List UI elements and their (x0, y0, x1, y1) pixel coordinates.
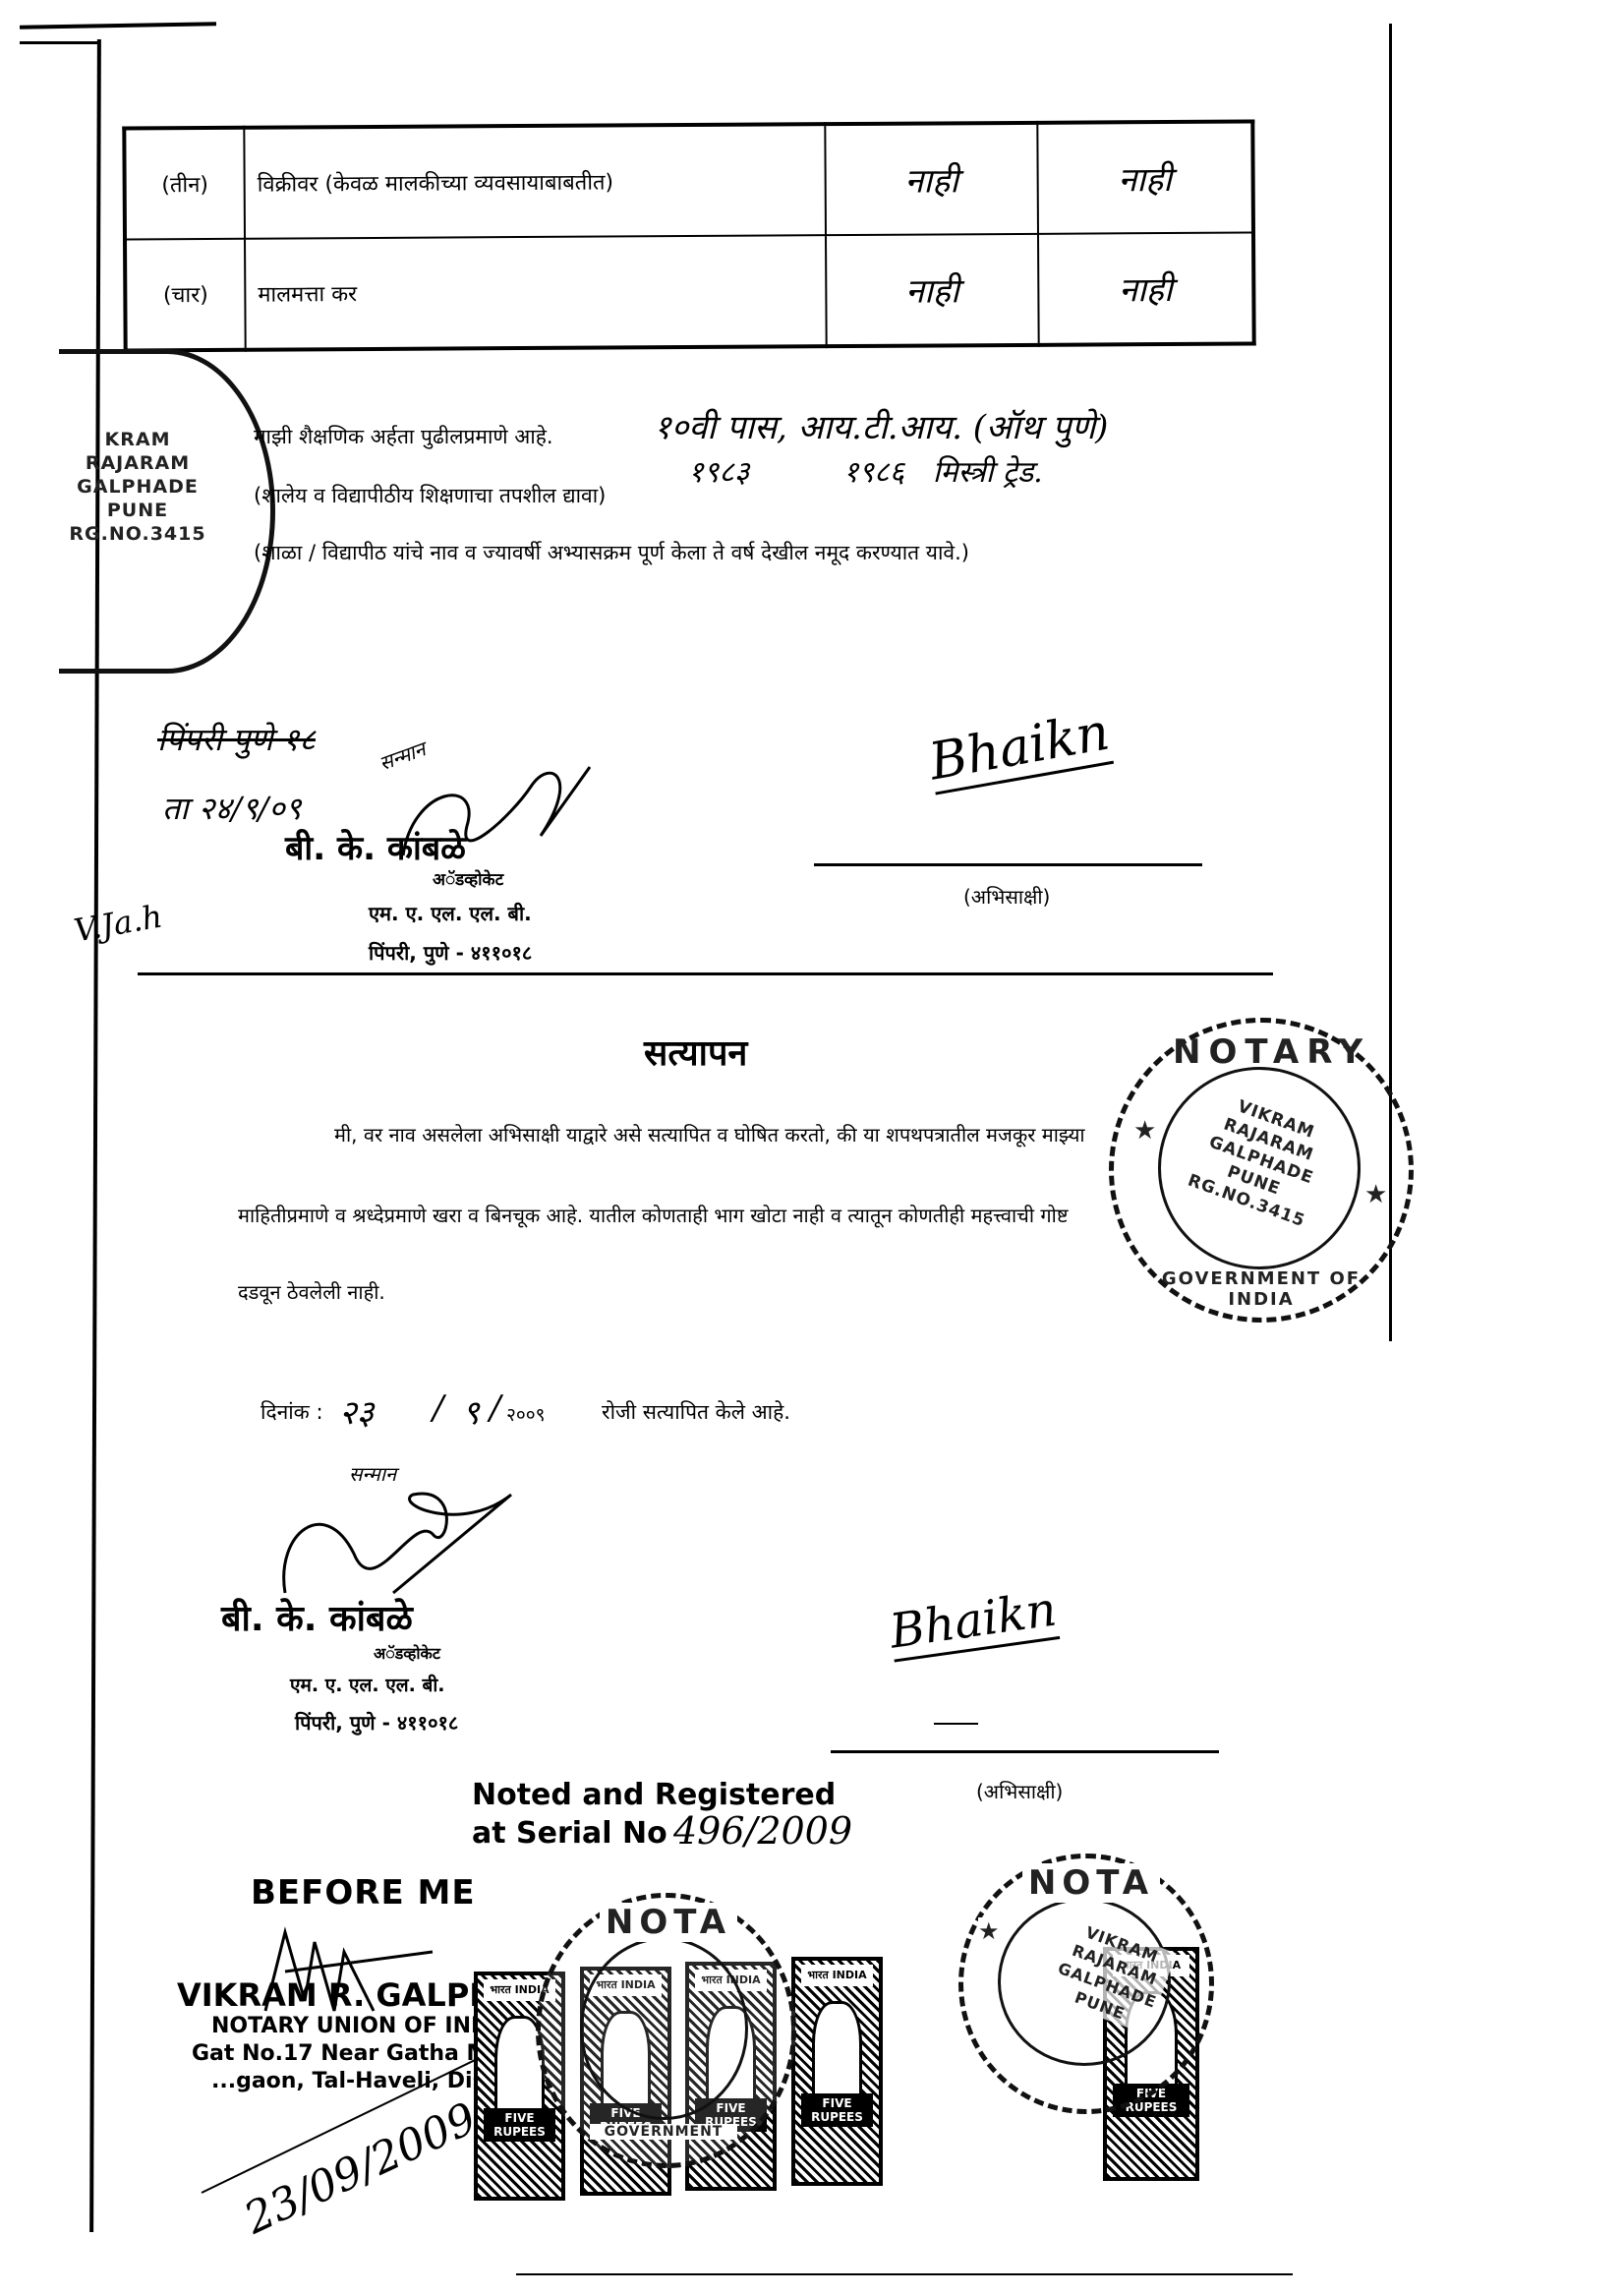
table-row: (चार) मालमत्ता कर नाही नाही (125, 232, 1254, 350)
deponent-signature: Bhaikn (887, 1581, 1061, 1662)
deponent-label: (अभिसाक्षी) (976, 1778, 1063, 1804)
tax-details-table: (तीन) विक्रीवर (केवळ मालकीच्या व्यवसायाब… (122, 119, 1255, 352)
deponent-signature-line (814, 863, 1202, 866)
education-statement: माझी शैक्षणिक अर्हता पुढीलप्रमाणे आहे. (254, 423, 553, 450)
advocate-degree: एम. ए. एल. एल. बी. (369, 900, 532, 926)
row-value-2: नाही (1038, 232, 1254, 344)
row-description: विक्रीवर (केवळ मालकीच्या व्यवसायाबाबतीत) (244, 124, 826, 239)
date-note: ता २४/९/०९ (162, 787, 301, 829)
seal-ring-top: NOTARY (1173, 1032, 1350, 1072)
seal-text: KRAM RAJARAM GALPHADE PUNE RG.NO.3415 (69, 428, 206, 546)
advocate-degree: एम. ए. एल. एल. बी. (290, 1672, 444, 1697)
page-bottom-rule (516, 2273, 1293, 2275)
date-separator: / (433, 1388, 443, 1428)
deponent-label: (अभिसाक्षी) (963, 883, 1050, 910)
section-divider (138, 972, 1273, 975)
revenue-stamp: भारत INDIA FIVE RUPEES (791, 1957, 883, 2186)
verification-para-line-1: मी, वर नाव असलेला अभिसाक्षी याद्वारे असे… (334, 1121, 1085, 1148)
star-icon: ★ (1364, 1180, 1388, 1209)
verification-date-label: दिनांक : (261, 1398, 323, 1426)
row-value-2: नाही (1037, 121, 1253, 233)
scan-border-top-short (20, 41, 100, 44)
date-separator: / (490, 1388, 500, 1428)
before-me-label: BEFORE ME (251, 1873, 476, 1913)
deponent-signature-line (831, 1750, 1219, 1753)
notary-seal-bottom-2: NOTA VIKRAM RAJARAM GALPHADE PUNE ★ (958, 1854, 1214, 2114)
education-handwritten-qualification: १०वी पास, आय.टी.आय. (ऑथ पुणे) (654, 403, 1108, 448)
place-note: पिंपरी पुणे १८ (157, 718, 316, 760)
margin-initials: V.Ja.h (71, 897, 165, 949)
advocate-address: पिंपरी, पुणे - ४११०१८ (369, 939, 532, 966)
education-instruction-1: (शालेय व विद्यापीठीय शिक्षणाचा तपशील द्य… (254, 482, 606, 509)
row-description: मालमत्ता कर (245, 235, 827, 350)
deponent-signature: Bhaikn (925, 702, 1114, 795)
advocate-name: बी. के. कांबळे (285, 824, 466, 869)
advocate-name: बी. के. कांबळे (221, 1593, 413, 1641)
seal-ring-top: NOTA (1022, 1863, 1160, 1903)
verification-date-year: २००९ (506, 1401, 546, 1427)
verification-heading: सत्यापन (644, 1028, 747, 1076)
scan-border-top (20, 22, 216, 29)
seal-ring-top: NOTA (600, 1903, 737, 1942)
verification-date-month: ९ (462, 1388, 480, 1434)
row-value-1: नाही (826, 234, 1039, 346)
deponent-signature-mark (934, 1723, 978, 1725)
registration-line-1: Noted and Registered (472, 1778, 836, 1812)
star-icon: ★ (978, 1917, 1001, 1945)
row-number: (तीन) (124, 128, 245, 240)
verification-date-suffix: रोजी सत्यापित केले आहे. (602, 1398, 790, 1426)
row-number: (चार) (125, 239, 246, 351)
table-row: (तीन) विक्रीवर (केवळ मालकीच्या व्यवसायाब… (124, 121, 1253, 239)
notary-seal-bottom-1: NOTA GOVERNMENT (536, 1893, 796, 2168)
verification-para-line-3: दडवून ठेवलेली नाही. (238, 1278, 385, 1305)
registration-serial-number: 496/2009 (673, 1809, 852, 1853)
advocate-title: अॅडव्होकेट (374, 1642, 440, 1664)
star-icon: ★ (1133, 1116, 1157, 1146)
notary-seal-top-left: KRAM RAJARAM GALPHADE PUNE RG.NO.3415 (59, 349, 275, 674)
verification-date-day: २३ (339, 1388, 374, 1434)
education-instruction-2: (शाळा / विद्यापीठ यांचे नाव व ज्यावर्षी … (254, 539, 969, 566)
seal-ring-bottom: GOVERNMENT OF INDIA (1133, 1268, 1389, 1310)
row-value-1: नाही (825, 123, 1038, 235)
ashoka-emblem-icon (812, 2001, 862, 2106)
verification-para-line-2: माहितीप्रमाणे व श्रध्देप्रमाणे खरा व बिन… (238, 1202, 1069, 1228)
education-handwritten-years: १९८३ १९८६ मिस्त्री ट्रेड. (688, 450, 1043, 491)
notary-seal-right: NOTARY VIKRAM RAJARAM GALPHADE PUNE RG.N… (1109, 1018, 1414, 1323)
advocate-title: अॅडव्होकेट (433, 867, 503, 890)
advocate-address: पिंपरी, पुणे - ४११०१८ (295, 1709, 458, 1736)
advocate-signature (265, 1475, 541, 1613)
registration-line-2-label: at Serial No (472, 1816, 667, 1851)
seal-ring-bottom: GOVERNMENT (590, 2124, 737, 2140)
